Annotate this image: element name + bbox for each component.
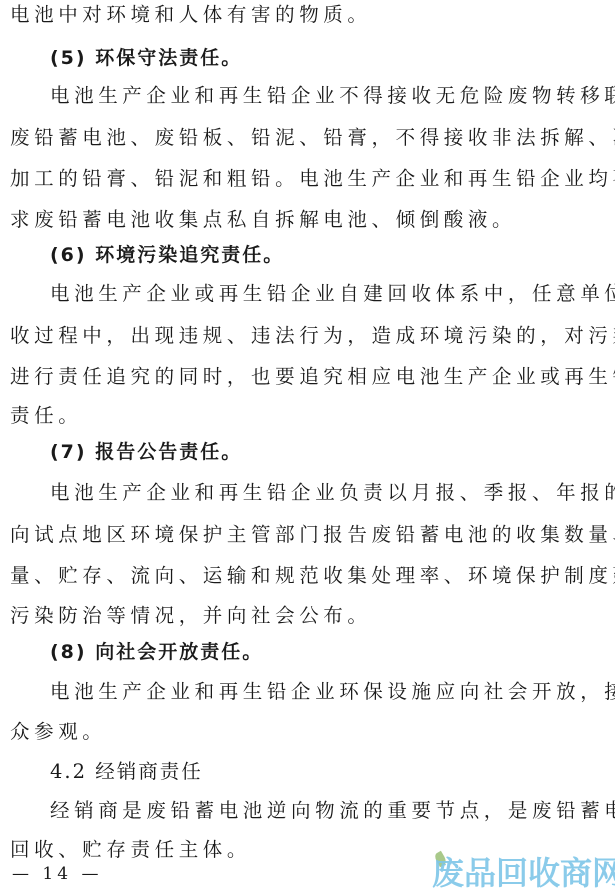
page-number: — 14 —: [12, 864, 102, 884]
paragraph-line: 经销商是废铅蓄电池逆向物流的重要节点，是废铅蓄电池的: [50, 799, 615, 823]
watermark-logo: 废品回收商网: [432, 848, 615, 889]
paragraph-line: 废铅蓄电池、废铅板、铅泥、铅膏，不得接收非法拆解、冶炼点: [10, 126, 615, 150]
document-page: 电池中对环境和人体有害的物质。 (5) 环保守法责任。 电池生产企业和再生铅企业…: [0, 0, 615, 889]
section-heading-5: (5) 环保守法责任。: [50, 46, 242, 70]
paragraph-line: 收过程中，出现违规、违法行为，造成环境污染的，对污染单位: [10, 324, 615, 348]
section-heading-7: (7) 报告公告责任。: [50, 440, 242, 464]
paragraph-line: 电池生产企业和再生铅企业不得接收无危险废物转移联单的: [50, 84, 615, 108]
paragraph-line: 电池中对环境和人体有害的物质。: [10, 3, 372, 27]
paragraph-line: 回收、贮存责任主体。: [10, 838, 251, 862]
paragraph-line: 进行责任追究的同时，也要追究相应电池生产企业或再生铅企业: [10, 365, 615, 389]
paragraph-line: 电池生产企业和再生铅企业负责以月报、季报、年报的方式: [50, 481, 615, 505]
subsection-heading-4-2: 4.2 经销商责任: [50, 760, 203, 784]
paragraph-line: 量、贮存、流向、运输和规范收集处理率、环境保护制度建设、: [10, 564, 615, 588]
section-heading-8: (8) 向社会开放责任。: [50, 640, 263, 664]
paragraph-line: 责任。: [10, 404, 82, 428]
paragraph-line: 电池生产企业或再生铅企业自建回收体系中，任意单位在回: [50, 282, 615, 306]
paragraph-line: 电池生产企业和再生铅企业环保设施应向社会开放，接受公: [50, 680, 615, 704]
paragraph-line: 加工的铅膏、铅泥和粗铅。电池生产企业和再生铅企业均不得要: [10, 167, 615, 191]
paragraph-line: 向试点地区环境保护主管部门报告废铅蓄电池的收集数量、重: [10, 523, 615, 547]
paragraph-line: 众参观。: [10, 720, 106, 744]
paragraph-line: 污染防治等情况，并向社会公布。: [10, 604, 372, 628]
paragraph-line: 求废铅蓄电池收集点私自拆解电池、倾倒酸液。: [10, 208, 516, 232]
section-heading-6: (6) 环境污染追究责任。: [50, 243, 284, 267]
